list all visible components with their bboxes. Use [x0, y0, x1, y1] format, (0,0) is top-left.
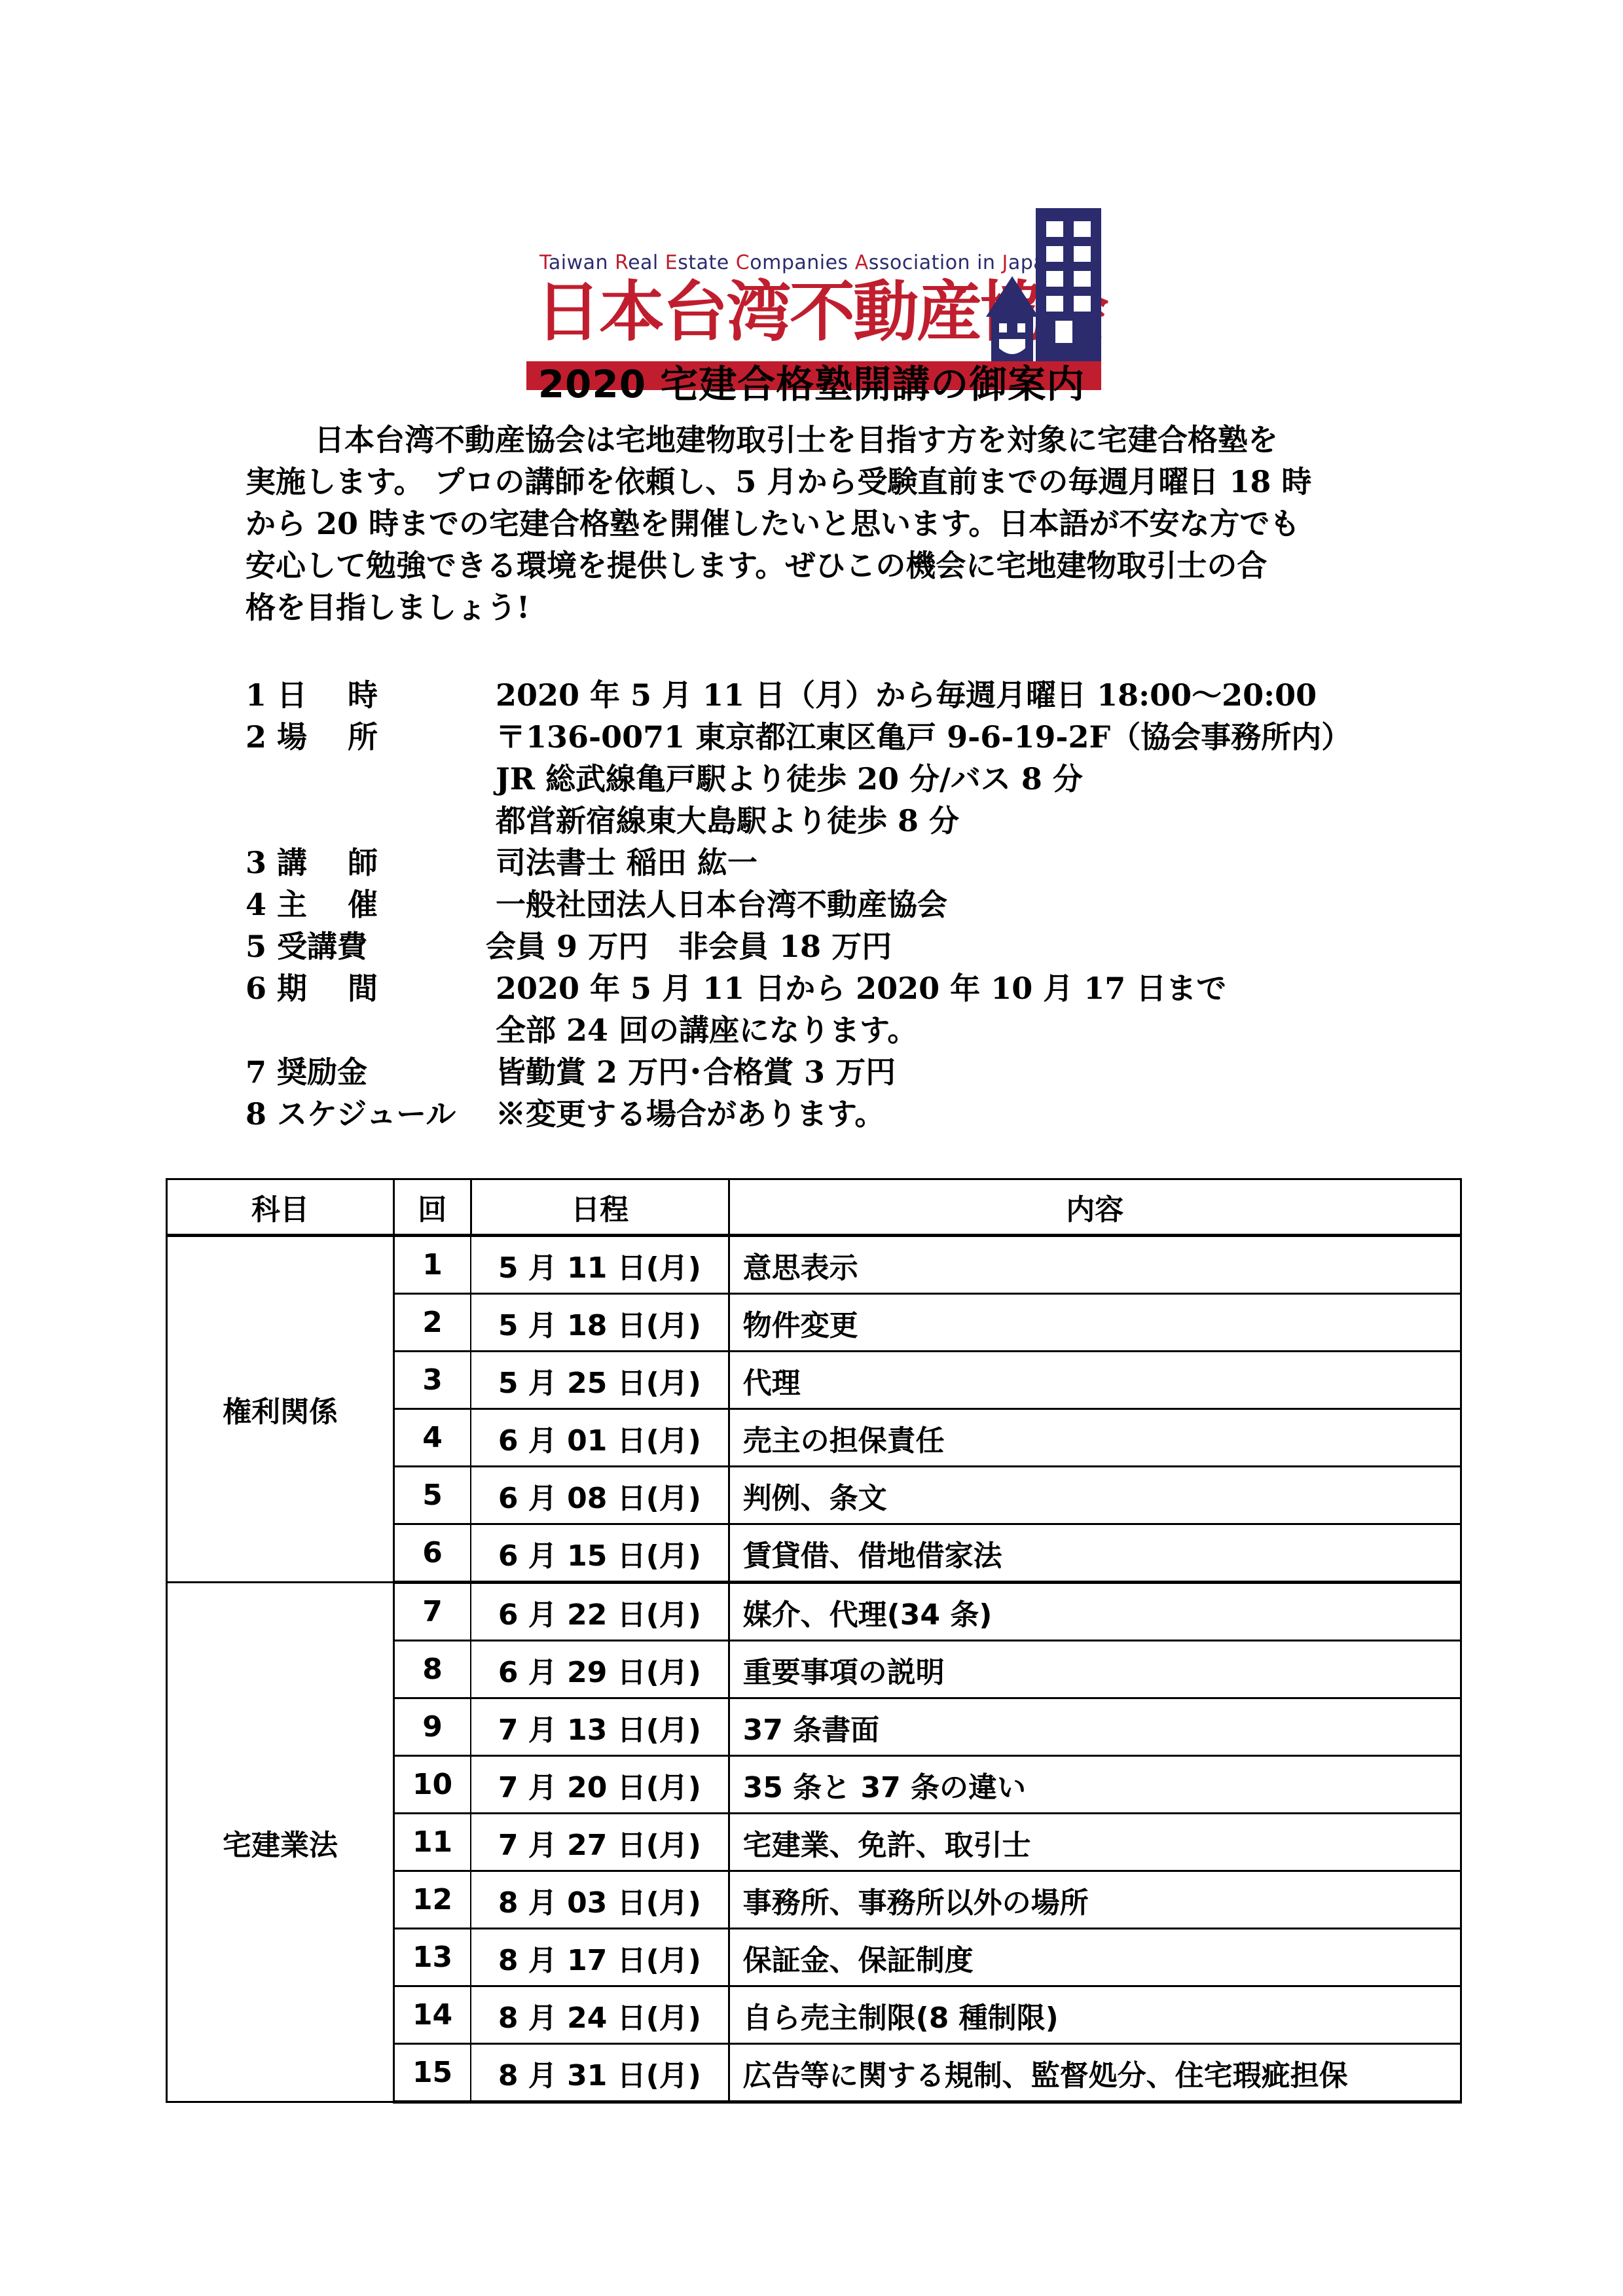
intro-paragraph: 日本台湾不動産協会は宅地建物取引士を目指す方を対象に宅建合格塾を 実施します。 … [246, 419, 1398, 628]
course-info-list: 1 日 時2020 年 5 月 11 日（月）から毎週月曜日 18:00～20:… [246, 674, 1424, 1135]
info-value: 司法書士 稲田 紘一 [496, 842, 757, 884]
info-value: 全部 24 回の講座になります。 [496, 1009, 917, 1051]
info-value: JR 総武線亀戸駅より徒歩 20 分/バス 8 分 [496, 758, 1083, 800]
session-no-cell: 13 [393, 1929, 471, 1986]
session-no-cell: 9 [393, 1698, 471, 1756]
info-row-organizer: 4 主 催一般社団法人日本台湾不動産協会 [246, 884, 1424, 925]
info-label: 7 奨励金 [246, 1051, 367, 1093]
table-header-row: 科目 回 日程 内容 [167, 1179, 1461, 1236]
info-row-venue-access-jr: JR 総武線亀戸駅より徒歩 20 分/バス 8 分 [246, 758, 1424, 800]
date-cell: 7 月 20 日(月) [471, 1756, 729, 1814]
header-subject: 科目 [167, 1179, 394, 1236]
info-row-period: 6 期 間2020 年 5 月 11 日から 2020 年 10 月 17 日ま… [246, 967, 1424, 1009]
session-no-cell: 5 [393, 1467, 471, 1524]
date-cell: 5 月 25 日(月) [471, 1352, 729, 1409]
subject-cell: 宅建業法 [167, 1583, 394, 2102]
info-row-incentive: 7 奨励金皆勤賞 2 万円･合格賞 3 万円 [246, 1051, 1424, 1093]
header-date: 日程 [471, 1179, 729, 1236]
info-label: 6 期 間 [246, 967, 378, 1009]
info-row-venue-access-toei: 都営新宿線東大島駅より徒歩 8 分 [246, 800, 1424, 842]
session-no-cell: 8 [393, 1641, 471, 1698]
building-icon [1036, 208, 1101, 361]
header-session-no: 回 [393, 1179, 471, 1236]
info-row-fee: 5 受講費会員 9 万円 非会員 18 万円 [246, 925, 1424, 967]
content-cell: 媒介、代理(34 条) [729, 1583, 1461, 1641]
info-value: 皆勤賞 2 万円･合格賞 3 万円 [496, 1051, 896, 1093]
info-row-schedule: 8 スケジュール※変更する場合があります。 [246, 1093, 1424, 1135]
date-cell: 6 月 29 日(月) [471, 1641, 729, 1698]
schedule-table: 科目 回 日程 内容 権利関係15 月 11 日(月)意思表示25 月 18 日… [166, 1178, 1462, 2104]
content-cell: 賃貸借、借地借家法 [729, 1524, 1461, 1583]
session-no-cell: 3 [393, 1352, 471, 1409]
content-cell: 広告等に関する規制、監督処分、住宅瑕疵担保 [729, 2044, 1461, 2102]
info-value: 一般社団法人日本台湾不動産協会 [496, 884, 947, 925]
session-no-cell: 12 [393, 1871, 471, 1929]
content-cell: 自ら売主制限(8 種制限) [729, 1986, 1461, 2044]
info-value: 都営新宿線東大島駅より徒歩 8 分 [496, 800, 959, 842]
header-content: 内容 [729, 1179, 1461, 1236]
intro-line: 安心して勉強できる環境を提供します。ぜひこの機会に宅地建物取引士の合 [246, 545, 1398, 586]
session-no-cell: 11 [393, 1814, 471, 1871]
info-label: 2 場 所 [246, 716, 378, 758]
info-value: 2020 年 5 月 11 日から 2020 年 10 月 17 日まで [496, 967, 1226, 1009]
info-label: 8 スケジュール [246, 1093, 456, 1135]
info-value: 2020 年 5 月 11 日（月）から毎週月曜日 18:00～20:00 [496, 674, 1317, 716]
date-cell: 6 月 08 日(月) [471, 1467, 729, 1524]
date-cell: 5 月 18 日(月) [471, 1294, 729, 1352]
date-cell: 7 月 27 日(月) [471, 1814, 729, 1871]
session-no-cell: 15 [393, 2044, 471, 2102]
date-cell: 6 月 22 日(月) [471, 1583, 729, 1641]
content-cell: 事務所、事務所以外の場所 [729, 1871, 1461, 1929]
info-value: ※変更する場合があります。 [496, 1093, 884, 1135]
session-no-cell: 2 [393, 1294, 471, 1352]
intro-line: 実施します。 プロの講師を依頼し、5 月から受験直前までの毎週月曜日 18 時 [246, 461, 1398, 503]
content-cell: 判例、条文 [729, 1467, 1461, 1524]
info-value: 〒136-0071 東京都江東区亀戸 9-6-19-2F（協会事務所内） [496, 716, 1351, 758]
session-no-cell: 1 [393, 1236, 471, 1294]
house-icon [986, 276, 1038, 361]
info-row-instructor: 3 講 師司法書士 稲田 紘一 [246, 842, 1424, 884]
session-no-cell: 7 [393, 1583, 471, 1641]
intro-line: から 20 時までの宅建合格塾を開催したいと思います。日本語が不安な方でも [246, 503, 1398, 545]
info-label: 4 主 催 [246, 884, 378, 925]
content-cell: 意思表示 [729, 1236, 1461, 1294]
page-title: 2020 宅建合格塾開講の御案内 [0, 353, 1623, 408]
table-row: 宅建業法76 月 22 日(月)媒介、代理(34 条) [167, 1583, 1461, 1641]
info-row-period-sessions: 全部 24 回の講座になります。 [246, 1009, 1424, 1051]
date-cell: 5 月 11 日(月) [471, 1236, 729, 1294]
table-row: 権利関係15 月 11 日(月)意思表示 [167, 1236, 1461, 1294]
info-label: 1 日 時 [246, 674, 378, 716]
session-no-cell: 10 [393, 1756, 471, 1814]
subject-cell: 権利関係 [167, 1236, 394, 1583]
date-cell: 8 月 03 日(月) [471, 1871, 729, 1929]
info-row-datetime: 1 日 時2020 年 5 月 11 日（月）から毎週月曜日 18:00～20:… [246, 674, 1424, 716]
content-cell: 37 条書面 [729, 1698, 1461, 1756]
date-cell: 8 月 31 日(月) [471, 2044, 729, 2102]
info-label: 3 講 師 [246, 842, 378, 884]
content-cell: 売主の担保責任 [729, 1409, 1461, 1467]
date-cell: 6 月 15 日(月) [471, 1524, 729, 1583]
content-cell: 宅建業、免許、取引士 [729, 1814, 1461, 1871]
date-cell: 8 月 24 日(月) [471, 1986, 729, 2044]
info-row-venue: 2 場 所〒136-0071 東京都江東区亀戸 9-6-19-2F（協会事務所内… [246, 716, 1424, 758]
content-cell: 物件変更 [729, 1294, 1461, 1352]
intro-line: 日本台湾不動産協会は宅地建物取引士を目指す方を対象に宅建合格塾を [246, 419, 1398, 461]
session-no-cell: 4 [393, 1409, 471, 1467]
date-cell: 8 月 17 日(月) [471, 1929, 729, 1986]
session-no-cell: 14 [393, 1986, 471, 2044]
content-cell: 35 条と 37 条の違い [729, 1756, 1461, 1814]
info-value: 会員 9 万円 非会員 18 万円 [486, 925, 892, 967]
content-cell: 重要事項の説明 [729, 1641, 1461, 1698]
date-cell: 7 月 13 日(月) [471, 1698, 729, 1756]
info-label: 5 受講費 [246, 925, 367, 967]
content-cell: 保証金、保証制度 [729, 1929, 1461, 1986]
date-cell: 6 月 01 日(月) [471, 1409, 729, 1467]
intro-line: 格を目指しましょう! [246, 586, 1398, 628]
content-cell: 代理 [729, 1352, 1461, 1409]
session-no-cell: 6 [393, 1524, 471, 1583]
logo-english-name: Taiwan Real Estate Companies Association… [539, 251, 1059, 274]
